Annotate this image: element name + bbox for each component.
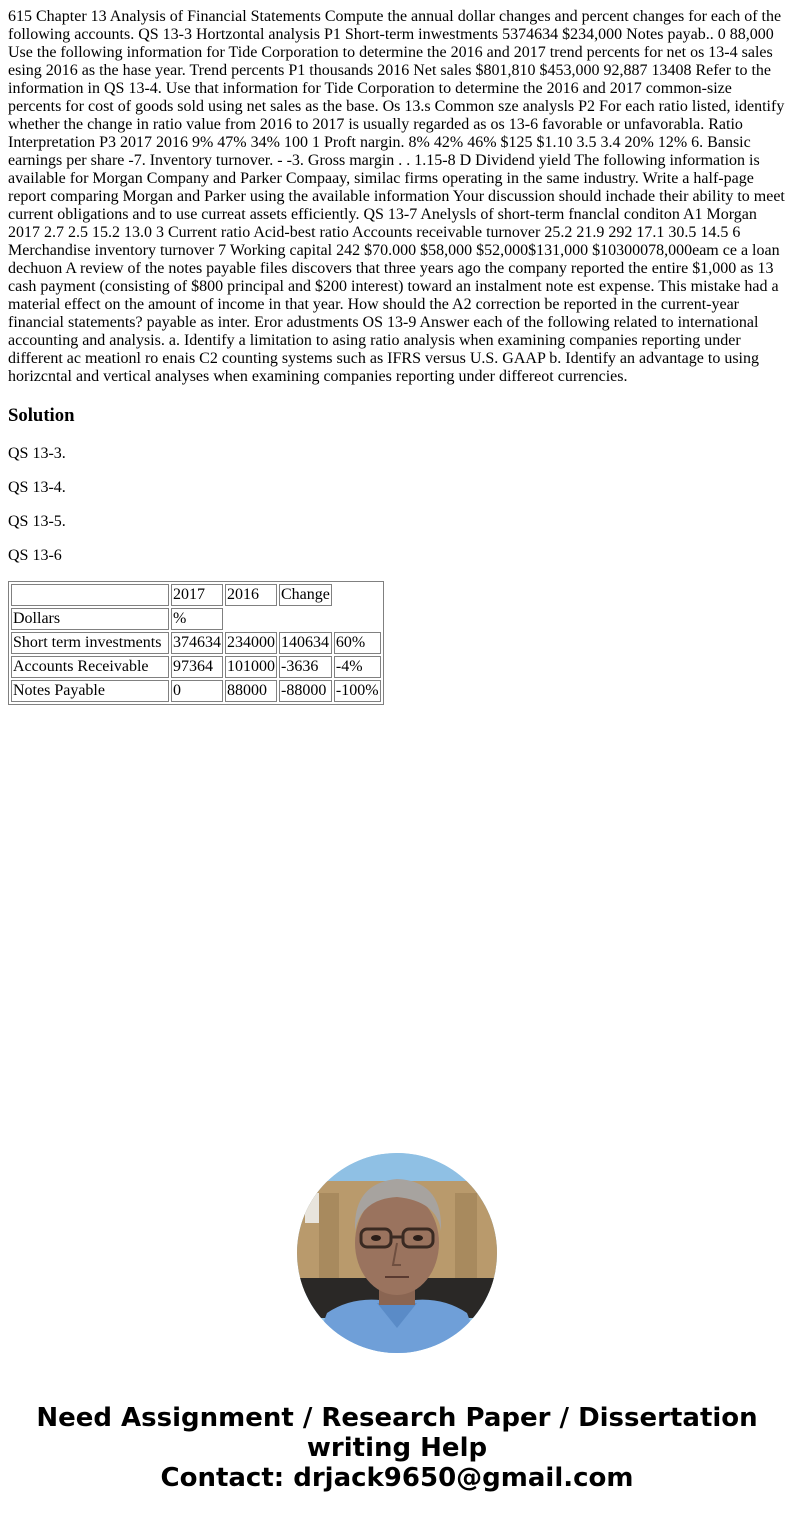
table-cell: 2017	[171, 584, 223, 606]
table-cell: -4%	[334, 656, 381, 678]
table-cell: 101000	[225, 656, 277, 678]
table-cell: Short term investments	[11, 632, 169, 654]
solution-label-qs-13-5: QS 13-5.	[8, 513, 786, 531]
table-cell: 97364	[171, 656, 223, 678]
solution-label-qs-13-4: QS 13-4.	[8, 479, 786, 497]
horizontal-analysis-table: 2017 2016 Change Dollars % Short term in…	[8, 581, 384, 705]
table-cell: 140634	[279, 632, 332, 654]
question-text: 615 Chapter 13 Analysis of Financial Sta…	[8, 8, 786, 386]
promo-banner: Need Assignment / Research Paper / Disse…	[0, 1403, 794, 1493]
table-cell: Change	[279, 584, 332, 606]
page: 615 Chapter 13 Analysis of Financial Sta…	[0, 0, 794, 705]
person-portrait-icon	[297, 1153, 497, 1353]
promo-line-1: Need Assignment / Research Paper / Disse…	[0, 1403, 794, 1433]
table-cell: 234000	[225, 632, 277, 654]
table-cell: 0	[171, 680, 223, 702]
table-cell: 374634	[171, 632, 223, 654]
table-cell: 88000	[225, 680, 277, 702]
promo-contact-line: Contact: drjack9650@gmail.com	[0, 1463, 794, 1493]
table-row: Notes Payable 0 88000 -88000 -100%	[11, 680, 381, 702]
table-cell: -100%	[334, 680, 381, 702]
solution-label-qs-13-3: QS 13-3.	[8, 445, 786, 463]
table-cell	[11, 584, 169, 606]
table-cell: -88000	[279, 680, 332, 702]
table-header-row: 2017 2016 Change	[11, 584, 381, 606]
table-cell: %	[171, 608, 223, 630]
table-cell: -3636	[279, 656, 332, 678]
promo-line-2: writing Help	[0, 1433, 794, 1463]
table-cell: Dollars	[11, 608, 169, 630]
solution-label-qs-13-6: QS 13-6	[8, 547, 786, 565]
table-cell: 2016	[225, 584, 277, 606]
table-row: Accounts Receivable 97364 101000 -3636 -…	[11, 656, 381, 678]
table-cell: Accounts Receivable	[11, 656, 169, 678]
solution-heading: Solution	[8, 405, 786, 427]
author-photo-avatar	[297, 1153, 497, 1353]
table-row: Short term investments 374634 234000 140…	[11, 632, 381, 654]
table-cell: Notes Payable	[11, 680, 169, 702]
table-cell: 60%	[334, 632, 381, 654]
table-subheader-row: Dollars %	[11, 608, 381, 630]
